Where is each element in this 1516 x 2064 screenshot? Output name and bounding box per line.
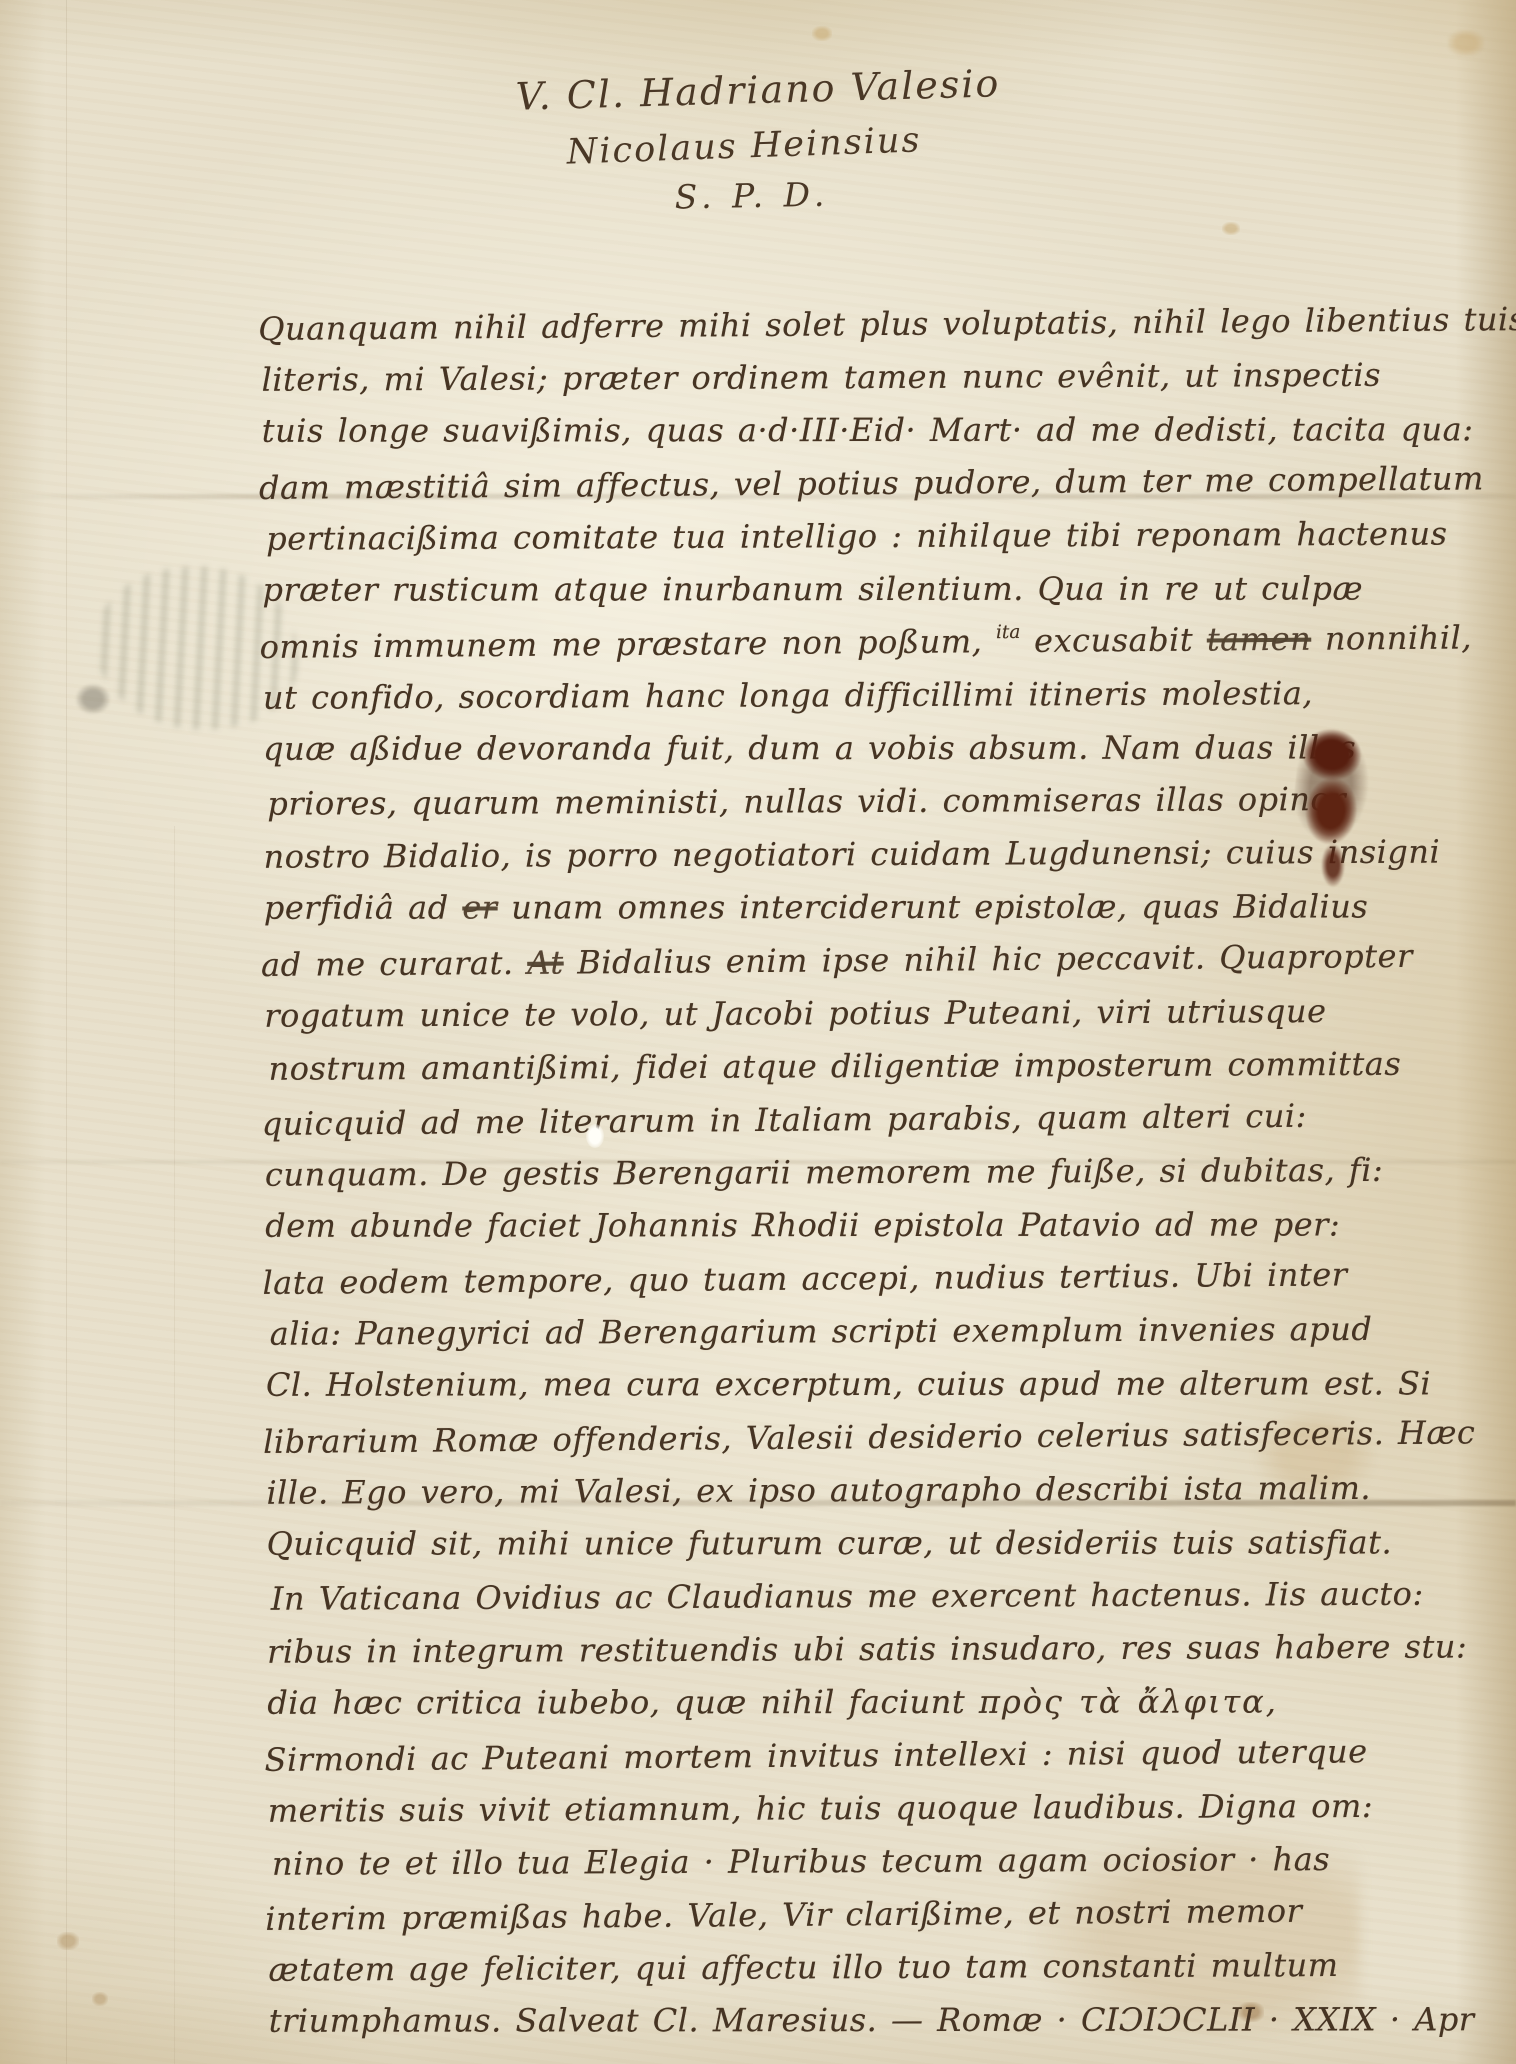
text-segment: ætatem age feliciter, qui affectu illo t… [268, 1946, 1338, 1989]
text-segment: ad me curarat. [261, 944, 527, 984]
manuscript-line: alia: Panegyrici ad Berengarium scripti … [270, 1302, 1516, 1360]
manuscript-line: omnis immunem me præstare non poßum, ita… [259, 611, 1510, 674]
manuscript-line: triumphamus. Salveat Cl. Maresius. — Rom… [269, 1993, 1516, 2048]
text-segment: ut confido, socordiam hanc longa diffici… [263, 674, 1313, 717]
text-segment: interim præmißas habe. Vale, Vir clarißi… [265, 1892, 1302, 1938]
manuscript-line: meritis suis vivit etiamnum, hic tuis qu… [268, 1779, 1516, 1837]
text-segment: Bidalius enim ipse nihil hic peccavit. Q… [564, 937, 1413, 982]
text-segment: meritis suis vivit etiamnum, hic tuis qu… [268, 1787, 1373, 1830]
manuscript-line: cunquam. De gestis Berengarii memorem me… [265, 1143, 1516, 1201]
manuscript-line: ille. Ego vero, mi Valesi, ex ipso autog… [266, 1461, 1516, 1519]
text-segment: nonnihil, [1311, 618, 1472, 657]
text-segment: excusabit [1020, 621, 1207, 660]
letter-heading: V. Cl. Hadriano Valesio Nicolaus Heinsiu… [0, 68, 1516, 215]
struck-word: tamen [1207, 620, 1312, 659]
text-segment: Sirmondi ac Puteani mortem invitus intel… [264, 1732, 1367, 1779]
text-segment: cunquam. De gestis Berengarii memorem me… [265, 1151, 1383, 1194]
manuscript-line: tuis longe suavißimis, quas a·d·III·Eid·… [262, 403, 1513, 458]
letter-body: Quanquam nihil adferre mihi solet plus v… [261, 295, 1516, 2049]
manuscript-line: dam mæstitiâ sim affectus, vel potius pu… [259, 452, 1510, 515]
manuscript-line: pertinacißima comitate tua intelligo : n… [266, 507, 1516, 565]
manuscript-line: Cl. Holstenium, mea cura excerptum, cuiu… [266, 1357, 1516, 1412]
text-segment: literis, mi Valesi; præter ordinem tamen… [261, 356, 1381, 399]
ink-smudge [76, 684, 110, 714]
greek-phrase: πρὸς τὰ ἄλφιτα, [979, 1683, 1278, 1721]
text-segment: unam omnes interciderunt epistolæ, quas … [498, 887, 1369, 926]
manuscript-page: V. Cl. Hadriano Valesio Nicolaus Heinsiu… [0, 0, 1516, 2064]
text-segment: librarium Romæ offenderis, Valesii desid… [263, 1413, 1475, 1461]
text-segment: Quicquid sit, mihi unice futurum curæ, u… [267, 1523, 1393, 1562]
text-segment: alia: Panegyrici ad Berengarium scripti … [270, 1310, 1373, 1353]
text-segment: priores, quarum meministi, nullas vidi. … [267, 780, 1346, 823]
text-segment: pertinacißima comitate tua intelligo : n… [266, 515, 1447, 558]
manuscript-line: ætatem age feliciter, qui affectu illo t… [268, 1938, 1516, 1996]
struck-word: At [527, 944, 564, 982]
text-segment: omnis immunem me præstare non poßum, [260, 622, 997, 666]
text-segment: præter rusticum atque inurbanum silentiu… [262, 569, 1363, 608]
manuscript-line: ribus in integrum restituendis ubi satis… [267, 1620, 1516, 1678]
text-segment: nostro Bidalio, is porro negotiatori cui… [264, 833, 1441, 876]
manuscript-line: ad me curarat. At Bidalius enim ipse nih… [261, 929, 1512, 992]
manuscript-line: Sirmondi ac Puteani mortem invitus intel… [264, 1724, 1515, 1787]
manuscript-line: lata eodem tempore, quo tuam accepi, nud… [262, 1247, 1513, 1310]
manuscript-line: Quicquid sit, mihi unice futurum curæ, u… [267, 1516, 1516, 1571]
text-segment: nino te et illo tua Elegia · Pluribus te… [272, 1840, 1330, 1883]
text-segment: ribus in integrum restituendis ubi satis… [267, 1627, 1467, 1670]
text-segment: perfidiâ ad [264, 889, 463, 927]
paper-stain [1222, 222, 1240, 235]
manuscript-line: dia hæc critica iubebo, quæ nihil faciun… [267, 1675, 1516, 1730]
text-segment: In Vaticana Ovidius ac Claudianus me exe… [271, 1575, 1424, 1618]
text-segment: Cl. Holstenium, mea cura excerptum, cuiu… [266, 1364, 1431, 1403]
text-segment: ille. Ego vero, mi Valesi, ex ipso autog… [266, 1469, 1371, 1512]
paper-stain [812, 26, 832, 41]
text-segment: dem abunde faciet Johannis Rhodii episto… [265, 1205, 1340, 1244]
ink-blot [1316, 842, 1350, 894]
text-segment: quicquid ad me literarum in Italiam para… [262, 1097, 1307, 1143]
text-segment: nostrum amantißimi, fidei atque diligent… [268, 1045, 1401, 1088]
manuscript-line: Quanquam nihil adferre mihi solet plus v… [258, 293, 1509, 356]
manuscript-line: librarium Romæ offenderis, Valesii desid… [263, 1406, 1514, 1469]
manuscript-line: ut confido, socordiam hanc longa diffici… [263, 666, 1514, 724]
ink-blot [1289, 724, 1375, 853]
manuscript-line: quicquid ad me literarum in Italiam para… [262, 1088, 1513, 1151]
text-segment: lata eodem tempore, quo tuam accepi, nud… [262, 1255, 1347, 1302]
text-segment: tuis longe suavißimis, quas a·d·III·Eid·… [262, 410, 1474, 449]
manuscript-line: nino te et illo tua Elegia · Pluribus te… [272, 1832, 1516, 1890]
text-segment: triumphamus. Salveat Cl. Maresius. — Rom… [269, 2000, 1475, 2039]
struck-word: er [462, 888, 497, 926]
manuscript-line: literis, mi Valesi; præter ordinem tamen… [261, 348, 1512, 406]
text-segment: quæ aßidue devoranda fuit, dum a vobis a… [263, 728, 1356, 767]
interlinear-insertion: ita [996, 622, 1021, 643]
manuscript-line: rogatum unice te volo, ut Jacobi potius … [264, 984, 1515, 1042]
paper-stain [57, 1932, 79, 1950]
text-segment: dia hæc critica iubebo, quæ nihil faciun… [267, 1683, 979, 1722]
paper-hole [586, 1124, 604, 1148]
manuscript-line: præter rusticum atque inurbanum silentiu… [262, 562, 1513, 617]
paper-stain [92, 1992, 108, 2006]
paper-chain-line [66, 0, 67, 2064]
manuscript-line: nostrum amantißimi, fidei atque diligent… [268, 1037, 1516, 1095]
manuscript-line: dem abunde faciet Johannis Rhodii episto… [265, 1198, 1516, 1253]
text-segment: dam mæstitiâ sim affectus, vel potius pu… [259, 459, 1484, 507]
text-segment: rogatum unice te volo, ut Jacobi potius … [264, 992, 1326, 1035]
manuscript-line: interim præmißas habe. Vale, Vir clarißi… [265, 1883, 1516, 1946]
manuscript-line: In Vaticana Ovidius ac Claudianus me exe… [271, 1567, 1516, 1625]
paper-chain-line [174, 826, 175, 2064]
text-segment: Quanquam nihil adferre mihi solet plus v… [258, 300, 1516, 348]
